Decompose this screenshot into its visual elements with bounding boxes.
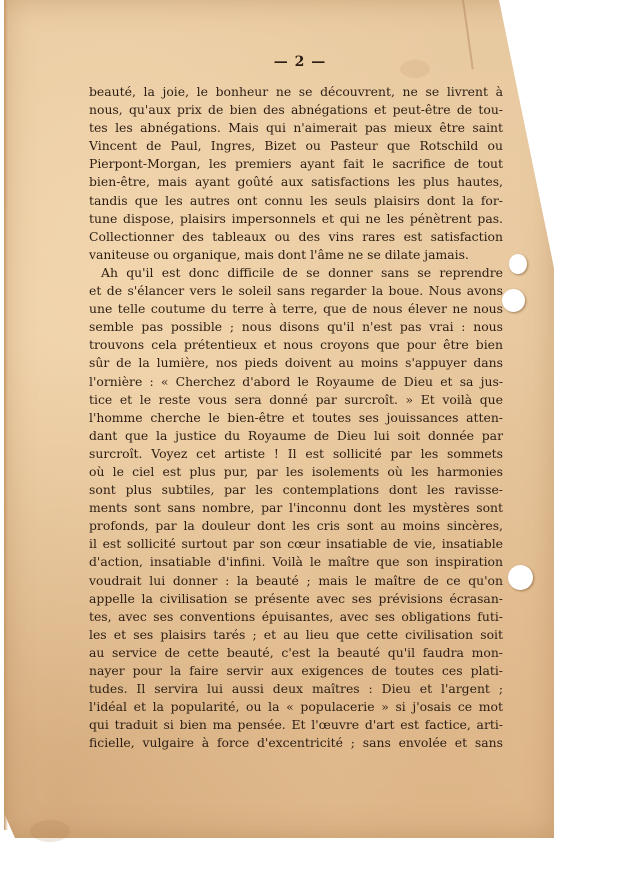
text-line: tandis que les autres ont connu les seul… [89, 192, 503, 210]
text-line: et de s'élancer vers le soleil sans rega… [89, 282, 503, 300]
text-line: tes, avec ses conventions épuisantes, av… [89, 608, 503, 626]
text-line: nous, qu'aux prix de bien des abnégation… [89, 101, 503, 119]
text-line: Vincent de Paul, Ingres, Bizet ou Pasteu… [89, 137, 503, 155]
text-line: vaniteuse ou organique, mais dont l'âme … [89, 246, 503, 264]
text-line: tune dispose, plaisirs impersonnels et q… [89, 210, 503, 228]
punch-hole-top [509, 254, 527, 274]
text-line: l'ornière : « Cherchez d'abord le Royaum… [89, 373, 503, 391]
text-line: nayer pour la faire servir aux exigences… [89, 662, 503, 680]
text-line-paragraph-start: Ah qu'il est donc difficile de se donner… [89, 264, 503, 282]
paper-stain [30, 820, 70, 842]
page-left-edge [4, 0, 8, 830]
text-line: semble pas possible ; nous disons qu'il … [89, 318, 503, 336]
text-line: où le ciel est plus pur, par les isoleme… [89, 463, 503, 481]
text-line: ficielle, vulgaire à force d'excentricit… [89, 734, 503, 752]
text-line: les et ses plaisirs tarés ; et au lieu q… [89, 626, 503, 644]
text-line: trouvons cela prétentieux et nous croyon… [89, 336, 503, 354]
text-line: tice et le reste vous sera donné par sur… [89, 391, 503, 409]
text-line: d'action, insatiable d'infini. Voilà le … [89, 553, 503, 571]
text-line: surcroît. Voyez cet artiste ! Il est sol… [89, 445, 503, 463]
text-line: beauté, la joie, le bonheur ne se découv… [89, 83, 503, 101]
text-line: profonds, par la douleur dont les cris s… [89, 517, 503, 535]
text-line: qui traduit si bien ma pensée. Et l'œuvr… [89, 716, 503, 734]
text-line: appelle la civilisation se présente avec… [89, 590, 503, 608]
text-line: tes les abnégations. Mais qui n'aimerait… [89, 119, 503, 137]
text-line: une telle coutume du terre à terre, que … [89, 300, 503, 318]
text-line: l'homme cherche le bien-être et toutes s… [89, 409, 503, 427]
text-line: sûr de la lumière, nos pieds doivent au … [89, 354, 503, 372]
text-line: ments sont sans nombre, par l'inconnu do… [89, 499, 503, 517]
text-line: voudrait lui donner : la beauté ; mais l… [89, 572, 503, 590]
text-line: Pierpont-Morgan, les premiers ayant fait… [89, 155, 503, 173]
punch-hole-middle [502, 289, 525, 312]
punch-hole-bottom [508, 565, 533, 590]
body-text: beauté, la joie, le bonheur ne se découv… [89, 83, 503, 752]
text-line: au service de cette beauté, c'est la bea… [89, 644, 503, 662]
text-line: Collectionner des tableaux ou des vins r… [89, 228, 503, 246]
text-line: l'idéal et la popularité, ou la « popula… [89, 698, 503, 716]
page-number: — 2 — [0, 54, 600, 70]
text-line: il est sollicité surtout par son cœur in… [89, 535, 503, 553]
text-line: dant que la justice du Royaume de Dieu l… [89, 427, 503, 445]
text-line: tudes. Il servira lui aussi deux maîtres… [89, 680, 503, 698]
text-line: bien-être, mais ayant goûté aux satisfac… [89, 173, 503, 191]
text-line: sont plus subtiles, par les contemplatio… [89, 481, 503, 499]
